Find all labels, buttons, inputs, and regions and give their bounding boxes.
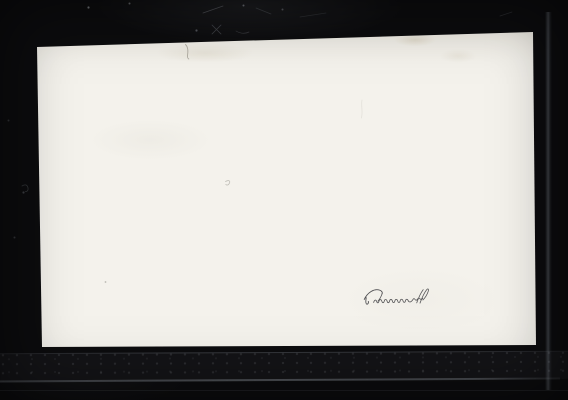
card-surface-marks [0, 0, 568, 400]
photo-of-mounted-card [0, 0, 568, 400]
mount-edge-reflection [545, 12, 552, 390]
mount-strip-faint-edge [0, 390, 568, 391]
blank-card [0, 0, 568, 400]
mount-strip-band [0, 351, 568, 381]
expert-signature-mark [361, 283, 438, 312]
